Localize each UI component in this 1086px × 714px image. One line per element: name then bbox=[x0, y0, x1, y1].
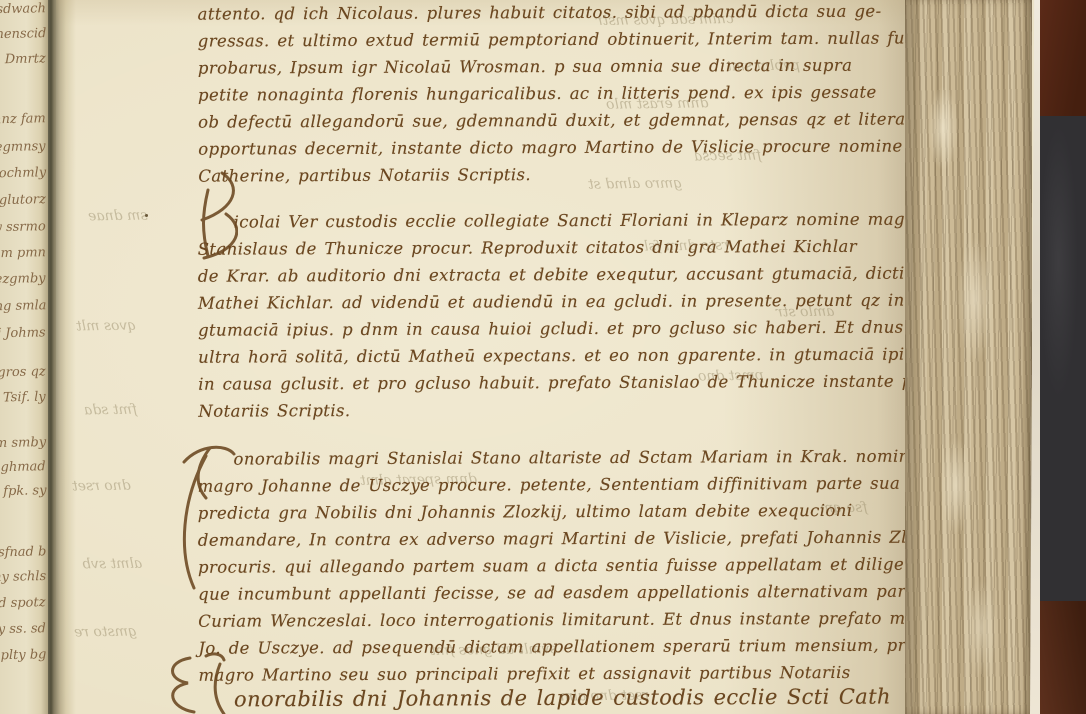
previous-page-line-fragment: ff gros qz bbox=[0, 364, 46, 380]
manuscript-line: que incumbunt appellanti fecisse, se ad … bbox=[198, 581, 999, 611]
fore-edge-stack bbox=[905, 0, 1032, 714]
manuscript-line: demandare, In contra ex adverso magri Ma… bbox=[198, 527, 999, 557]
previous-page-line-fragment: m bmg smla bbox=[0, 298, 46, 315]
previous-page-line-fragment: ad hnz fam bbox=[0, 111, 46, 128]
previous-page-line-fragment: ghlr fpk. sy bbox=[0, 483, 46, 500]
previous-page-line-fragment: m ersdwach bbox=[0, 1, 46, 18]
previous-page-line-fragment: Tsif. ly bbox=[3, 390, 46, 406]
show-through-text: sm dnae bbox=[88, 208, 148, 225]
manuscript-line: Curiam Wenczeslai. loco interrogationis … bbox=[198, 608, 999, 638]
previous-page-line-fragment: mfmu m smby bbox=[0, 435, 46, 452]
manuscript-line: magro Johanne de Usczye procure. petente… bbox=[198, 473, 999, 503]
manuscript-line: Catherine, partibus Notariis Scriptis. bbox=[198, 163, 918, 193]
manuscript-line: ultra horā solitā, dictū Matheū expectan… bbox=[198, 344, 980, 374]
previous-page-line-fragment: hej Johms bbox=[0, 325, 46, 341]
previous-page-line-fragment: Smdmenscid bbox=[0, 26, 46, 43]
previous-page-line-fragment: fymg glutorz bbox=[0, 192, 46, 209]
manuscript-line: in causa gclusit. et pro gcluso habuit. … bbox=[198, 371, 980, 401]
manuscript-line: gtumaciā ipius. p dnm in causa huioi gcl… bbox=[198, 317, 980, 347]
dark-background-cloth bbox=[1040, 116, 1086, 601]
paragraph-1: attento. qd ich Nicolaus. plures habuit … bbox=[198, 1, 919, 193]
manuscript-line: Jo. de Usczye. ad psequendū dictam appel… bbox=[198, 635, 999, 665]
previous-page-line-fragment: kmrad spotz bbox=[0, 595, 46, 612]
manuscript-line: ob defectū allegandorū sue, gdemnandū du… bbox=[198, 109, 918, 139]
previous-page-line-fragment: fsl Dmrtz bbox=[0, 51, 46, 67]
binding-background bbox=[1040, 0, 1086, 714]
previous-page-edge: m ersdwach Smdmenscid fsl Dmrtz ad hnz f… bbox=[0, 0, 48, 714]
show-through-text: qvos mlt bbox=[76, 318, 137, 335]
manuscript-line: Stanislaus de Thunicze procur. Reproduxi… bbox=[198, 236, 980, 266]
manuscript-line: opportunas decernit, instante dicto magr… bbox=[198, 136, 918, 166]
manuscript-line: onorabilis magri Stanislai Stano altaris… bbox=[197, 446, 998, 476]
previous-page-line-fragment: mg alezgmby bbox=[0, 271, 46, 288]
manuscript-line: de Krar. ab auditorio dni extracta et de… bbox=[198, 263, 980, 293]
manuscript-photo: m ersdwach Smdmenscid fsl Dmrtz ad hnz f… bbox=[0, 0, 1086, 714]
manuscript-line: probarus, Ipsum igr Nicolaū Wrosman. p s… bbox=[198, 55, 918, 85]
previous-page-line-fragment: mj pochmly bbox=[0, 165, 46, 182]
manuscript-line: predicta gra Nobilis dni Johannis Zlozki… bbox=[198, 500, 999, 530]
manuscript-line: petite nonaginta florenis hungaricalibus… bbox=[198, 82, 918, 112]
previous-page-line-fragment: dm eyegmnsy bbox=[0, 139, 46, 156]
manuscript-line: icolai Ver custodis ecclie collegiate Sa… bbox=[198, 209, 980, 239]
manuscript-line: Mathei Kichlar. ad videndū et audiendū i… bbox=[198, 290, 980, 320]
previous-page-line-fragment: sprily ssrmo bbox=[0, 219, 46, 236]
show-through-text: dno rset bbox=[72, 478, 131, 495]
show-through-text: fmt sda bbox=[84, 402, 137, 419]
binding-board-top bbox=[1040, 0, 1086, 116]
paragraph-3: onorabilis magri Stanislai Stano altaris… bbox=[197, 446, 999, 692]
manuscript-line: attento. qd ich Nicolaus. plures habuit … bbox=[198, 1, 918, 31]
previous-page-line-fragment: ol m ghmad bbox=[0, 459, 46, 476]
previous-page-line-fragment: rom m pmn bbox=[0, 245, 46, 262]
previous-page-line-fragment: hanby ss. sd bbox=[0, 621, 46, 638]
manuscript-line: Notariis Scriptis. bbox=[198, 398, 980, 428]
manuscript-line: procuris. qui allegando partem suam a di… bbox=[198, 554, 999, 584]
previous-page-line-fragment: smsfnad b bbox=[0, 544, 46, 560]
paragraph-2: icolai Ver custodis ecclie collegiate Sa… bbox=[198, 209, 981, 428]
manuscript-line: gressas. et ultimo extud termiū pemptori… bbox=[198, 28, 918, 58]
show-through-text: almt svb bbox=[82, 556, 142, 573]
binding-board-bottom bbox=[1040, 601, 1086, 714]
show-through-text: gmsto re bbox=[74, 624, 137, 641]
previous-page-line-fragment: slutz fmy schls bbox=[0, 569, 46, 586]
ink-speck bbox=[145, 214, 148, 217]
paragraph-4-clipped: onorabilis dni Johannis de lapide custod… bbox=[198, 684, 891, 714]
manuscript-line: onorabilis dni Johannis de lapide custod… bbox=[198, 684, 891, 714]
previous-page-line-fragment: fyg plty bg bbox=[0, 647, 46, 663]
gutter-shadow bbox=[48, 0, 76, 714]
